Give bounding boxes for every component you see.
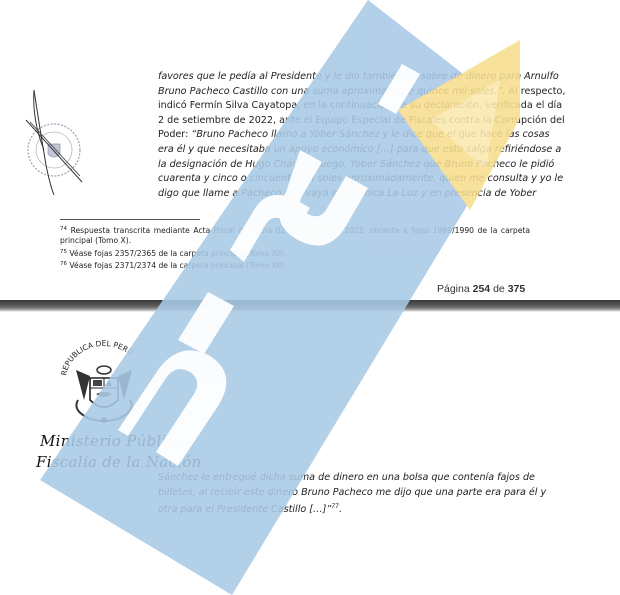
quote-text: “Bruno Pacheco llamó a Yober Sánchez y l…	[191, 129, 549, 140]
body-line: billetes, al recibir este dinero Bruno P…	[158, 486, 530, 501]
document-page-254: favores que le pedía al Presidente y le …	[0, 0, 620, 296]
body-line: Sánchez le entregué dicha suma de dinero…	[158, 471, 530, 486]
page-number: Página 254 de 375	[437, 283, 525, 295]
body-text-segment: Al respecto,	[505, 86, 565, 97]
body-text-segment: Poder:	[158, 129, 191, 140]
body-line: Bruno Pacheco Castillo con una suma apro…	[158, 85, 530, 100]
body-line: cuarenta y cinco o cincuenta mil soles a…	[158, 172, 530, 187]
body-line: la designación de Hugo Chávez. Luego, Yo…	[158, 158, 530, 173]
footnote-76: 76 Véase fojas 2371/2374 de la carpeta p…	[60, 259, 530, 271]
footnote-74: 74 Respuesta transcrita mediante Acta Fi…	[60, 224, 530, 236]
body-line: era él y que necesitaba un apoyo económi…	[158, 143, 530, 158]
body-line: indicó Fermín Silva Cayatopa, en la cont…	[158, 99, 530, 114]
page-total: 375	[508, 283, 526, 295]
body-line: digo que llame a Pacheco que vaya a la C…	[158, 187, 530, 202]
footnote-75: 75 Véase fojas 2357/2365 de la carpeta p…	[60, 247, 530, 259]
footnote-ref: 77	[331, 503, 339, 510]
body-line: otra para el Presidente Castillo […]”77.	[158, 500, 530, 518]
body-line: favores que le pedía al Presidente y le …	[158, 70, 530, 85]
signature-stamp-icon	[12, 88, 92, 198]
body-paragraph: favores que le pedía al Presidente y le …	[158, 70, 530, 201]
body-line: Poder: “Bruno Pacheco llamó a Yober Sánc…	[158, 128, 530, 143]
body-line: 2 de setiembre de 2022, ante el Equipo E…	[158, 114, 530, 129]
page-break-divider	[0, 296, 620, 318]
quote-text: Bruno Pacheco Castillo con una suma apro…	[158, 86, 505, 97]
institution-logo-text: Ministerio Público Fiscalía de la Nación	[36, 432, 202, 471]
footnote-74-continuation: principal (Tomo X).	[60, 236, 530, 246]
page-current: 254	[473, 283, 491, 295]
body-paragraph: Sánchez le entregué dicha suma de dinero…	[158, 471, 530, 518]
peru-coat-of-arms-icon: REPUBLICA DEL PERU	[48, 340, 158, 430]
footnote-separator	[60, 219, 200, 220]
footnotes: 74 Respuesta transcrita mediante Acta Fi…	[60, 224, 530, 272]
office-name: Fiscalía de la Nación	[36, 453, 202, 471]
ministry-name: Ministerio Público	[40, 432, 202, 450]
